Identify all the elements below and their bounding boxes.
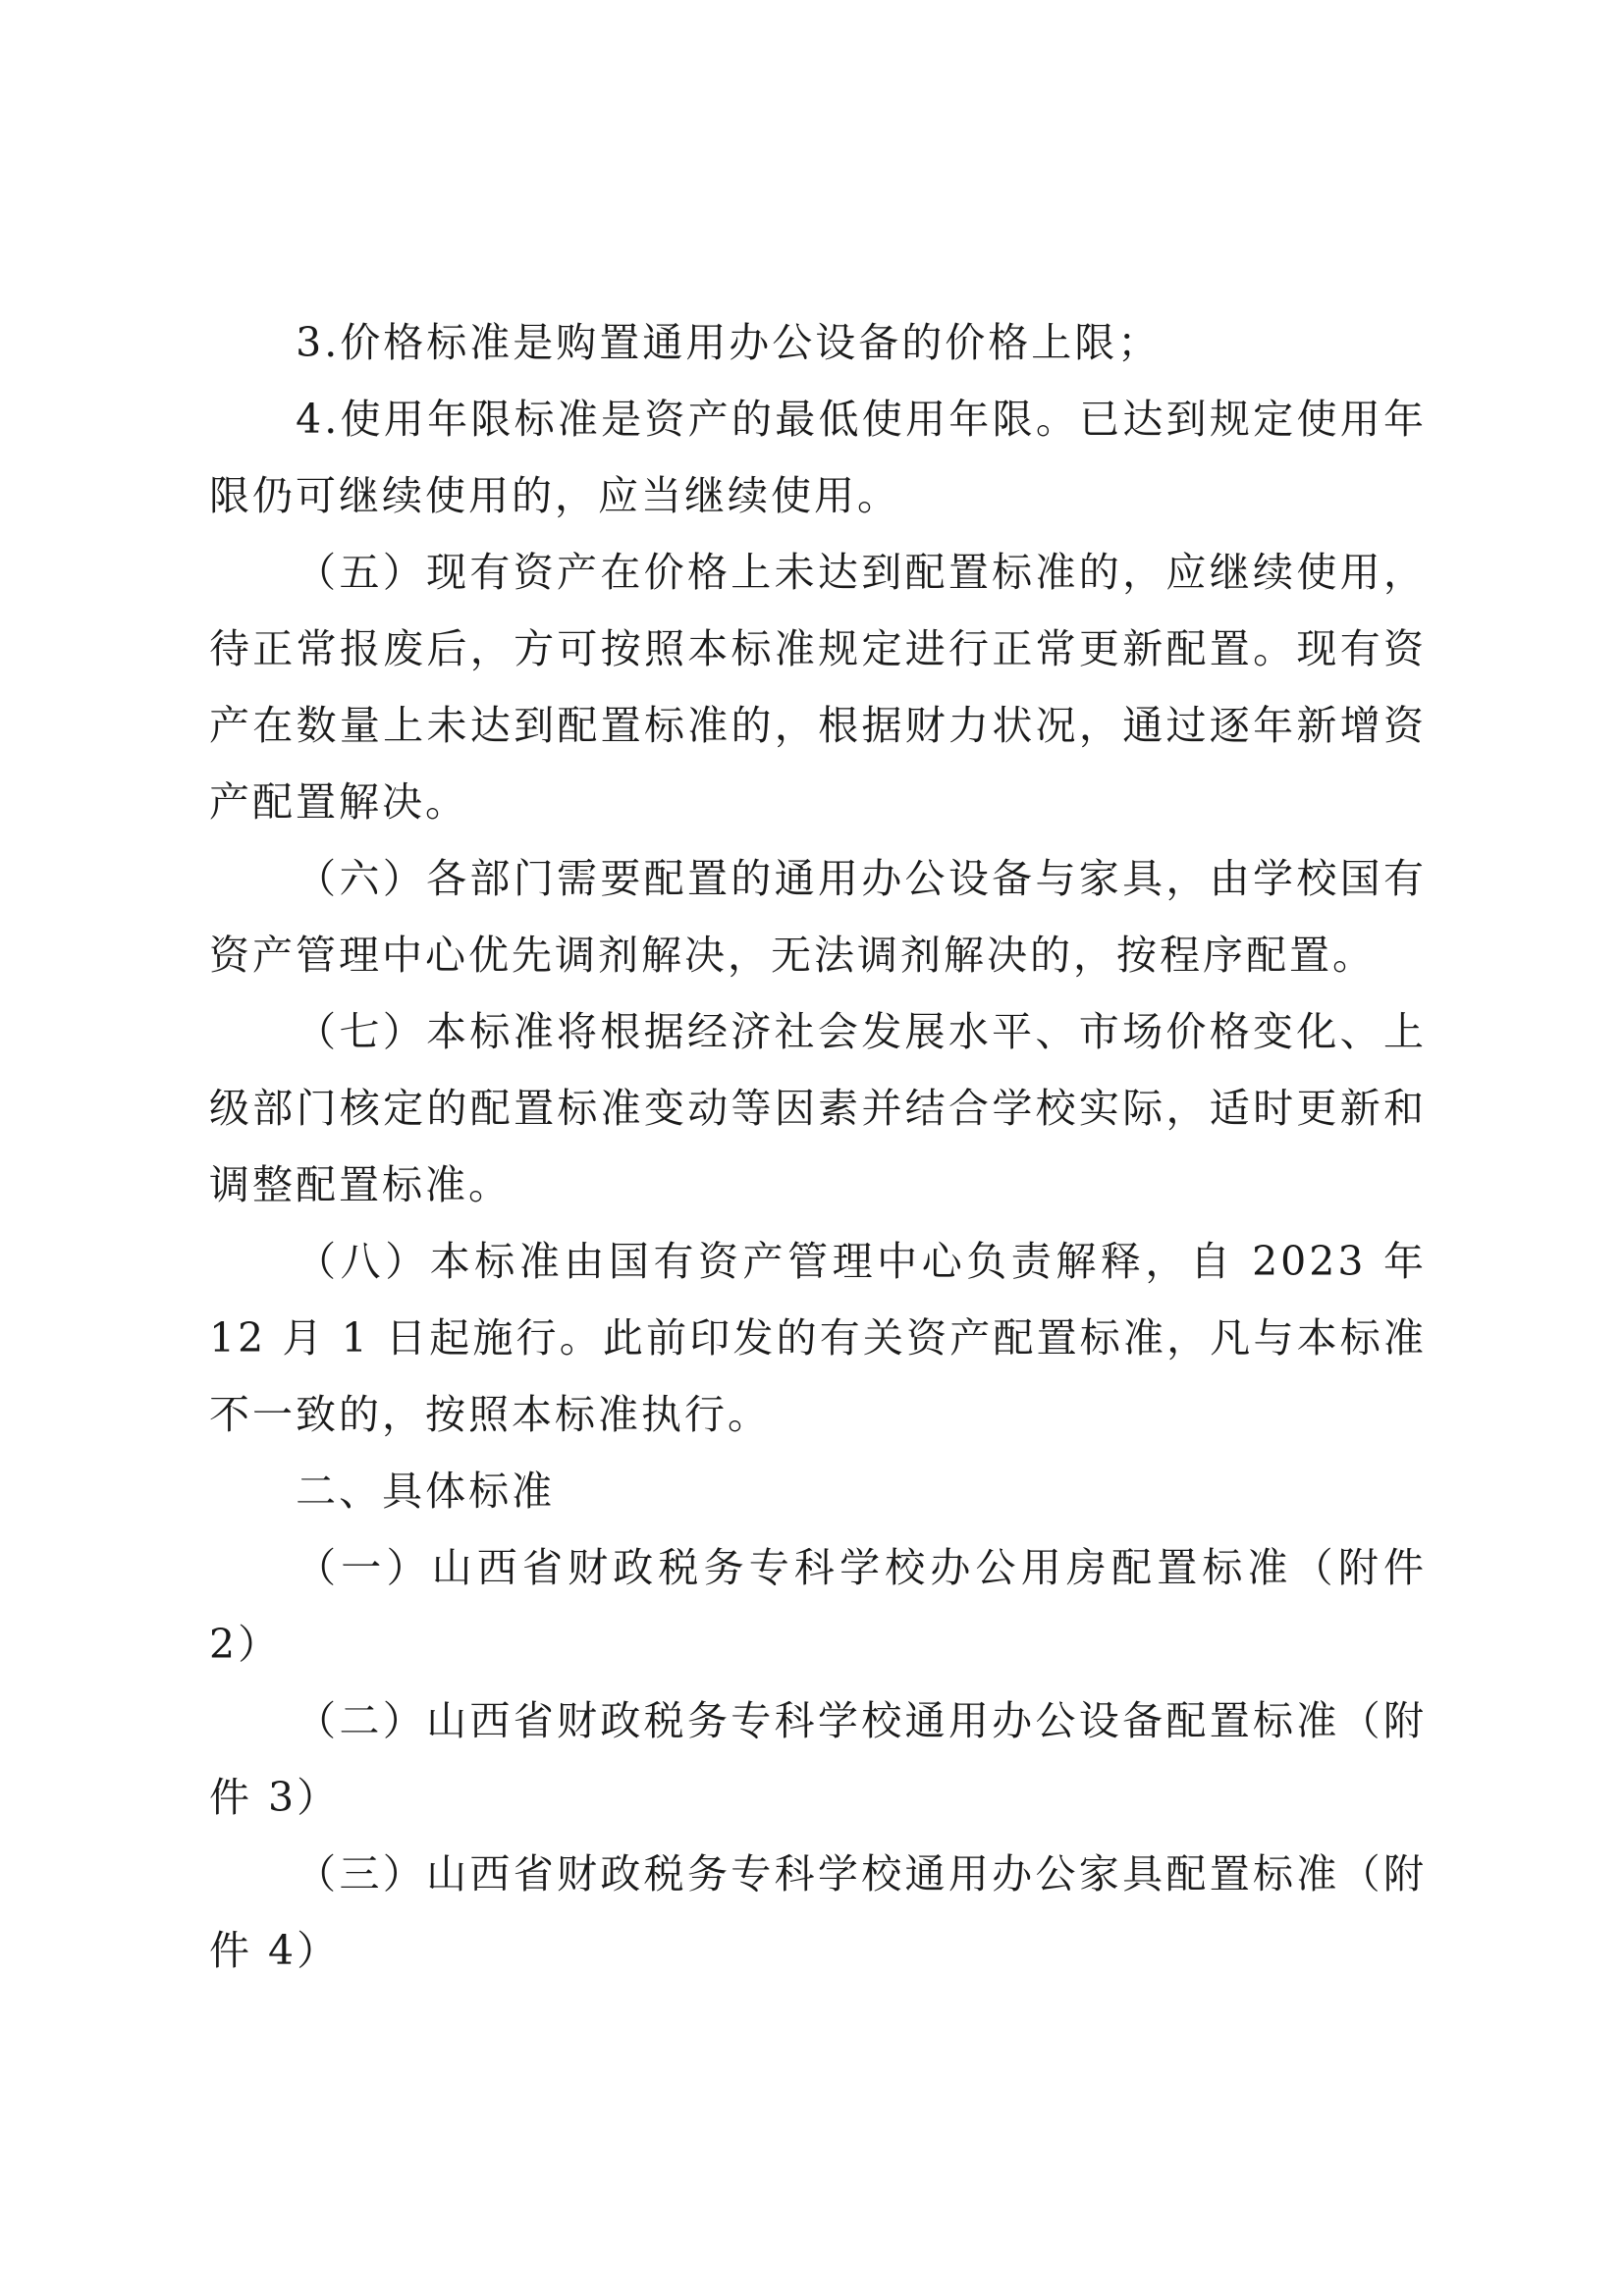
document-page: 3.价格标准是购置通用办公设备的价格上限； 4.使用年限标准是资产的最低使用年限… (209, 304, 1427, 1989)
paragraph-item-six: （六）各部门需要配置的通用办公设备与家具，由学校国有资产管理中心优先调剂解决，无… (209, 840, 1427, 993)
standard-office-space: （一）山西省财政税务专科学校办公用房配置标准（附件 2） (209, 1529, 1427, 1682)
paragraph-item-eight: （八）本标准由国有资产管理中心负责解释，自 2023 年 12 月 1 日起施行… (209, 1223, 1427, 1453)
section-heading-specific-standards: 二、具体标准 (209, 1453, 1427, 1529)
paragraph-item-seven: （七）本标准将根据经济社会发展水平、市场价格变化、上级部门核定的配置标准变动等因… (209, 993, 1427, 1223)
paragraph-price-standard: 3.价格标准是购置通用办公设备的价格上限； (209, 304, 1427, 381)
paragraph-item-five: （五）现有资产在价格上未达到配置标准的，应继续使用，待正常报废后，方可按照本标准… (209, 534, 1427, 840)
standard-office-furniture: （三）山西省财政税务专科学校通用办公家具配置标准（附件 4） (209, 1836, 1427, 1989)
standard-office-equipment: （二）山西省财政税务专科学校通用办公设备配置标准（附件 3） (209, 1682, 1427, 1836)
paragraph-service-life-standard: 4.使用年限标准是资产的最低使用年限。已达到规定使用年限仍可继续使用的，应当继续… (209, 381, 1427, 534)
